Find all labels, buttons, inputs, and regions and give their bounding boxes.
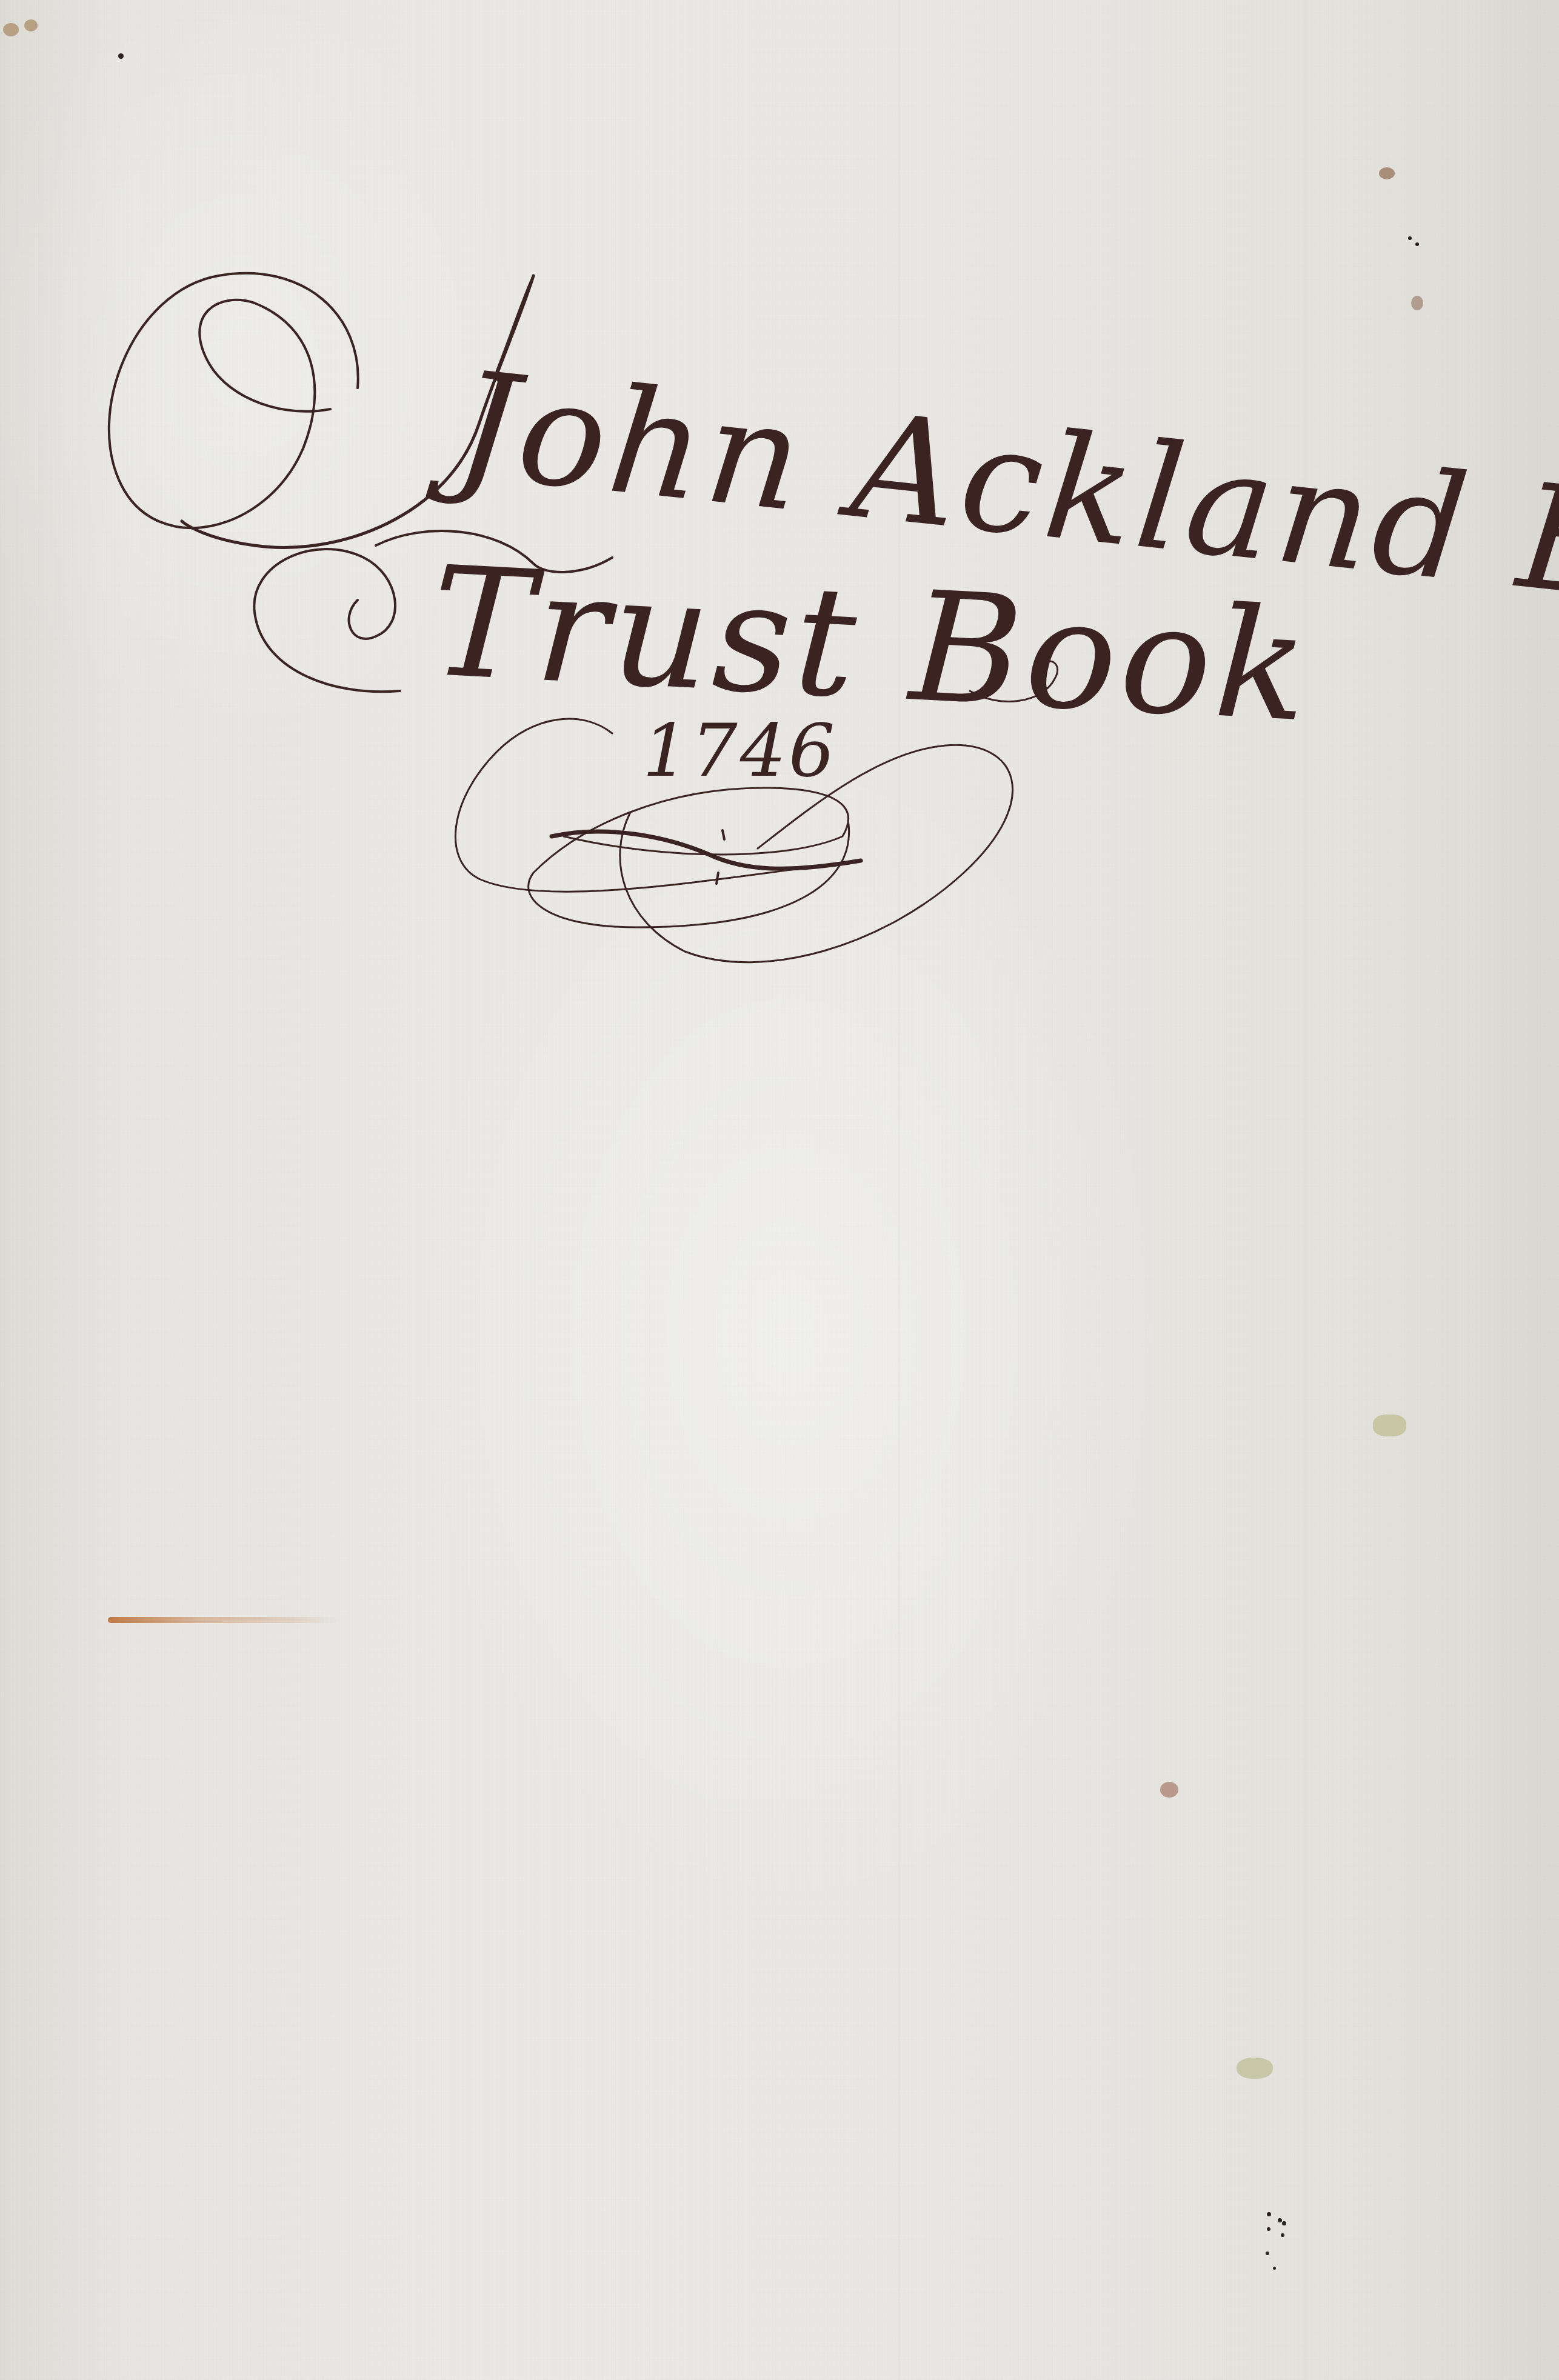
ink-speck — [1415, 242, 1419, 246]
rust-streak-mark — [108, 1617, 338, 1623]
ink-speck — [1267, 2227, 1270, 2231]
manuscript-page: John Ackland Esqe 3:/ Trust Book 1746 — [0, 0, 1559, 2380]
brown-spot-mark — [1411, 296, 1423, 310]
ink-speck — [1281, 2233, 1284, 2237]
brown-spot-mark — [3, 23, 19, 36]
book-year: 1746 — [643, 709, 837, 793]
ink-speck — [1282, 2221, 1286, 2225]
ink-speck — [1278, 2218, 1282, 2222]
greenish-stain-mark — [1237, 2058, 1273, 2079]
brown-spot-mark — [1379, 167, 1395, 179]
brown-spot-mark — [24, 19, 38, 32]
ink-speck — [1273, 2267, 1276, 2270]
ink-speck — [1267, 2212, 1271, 2216]
ink-speck — [1408, 236, 1412, 240]
ink-speck — [1266, 2252, 1269, 2255]
brown-spot-mark — [1160, 1782, 1178, 1798]
ink-speck — [118, 53, 124, 59]
greenish-stain-mark — [1373, 1415, 1406, 1436]
